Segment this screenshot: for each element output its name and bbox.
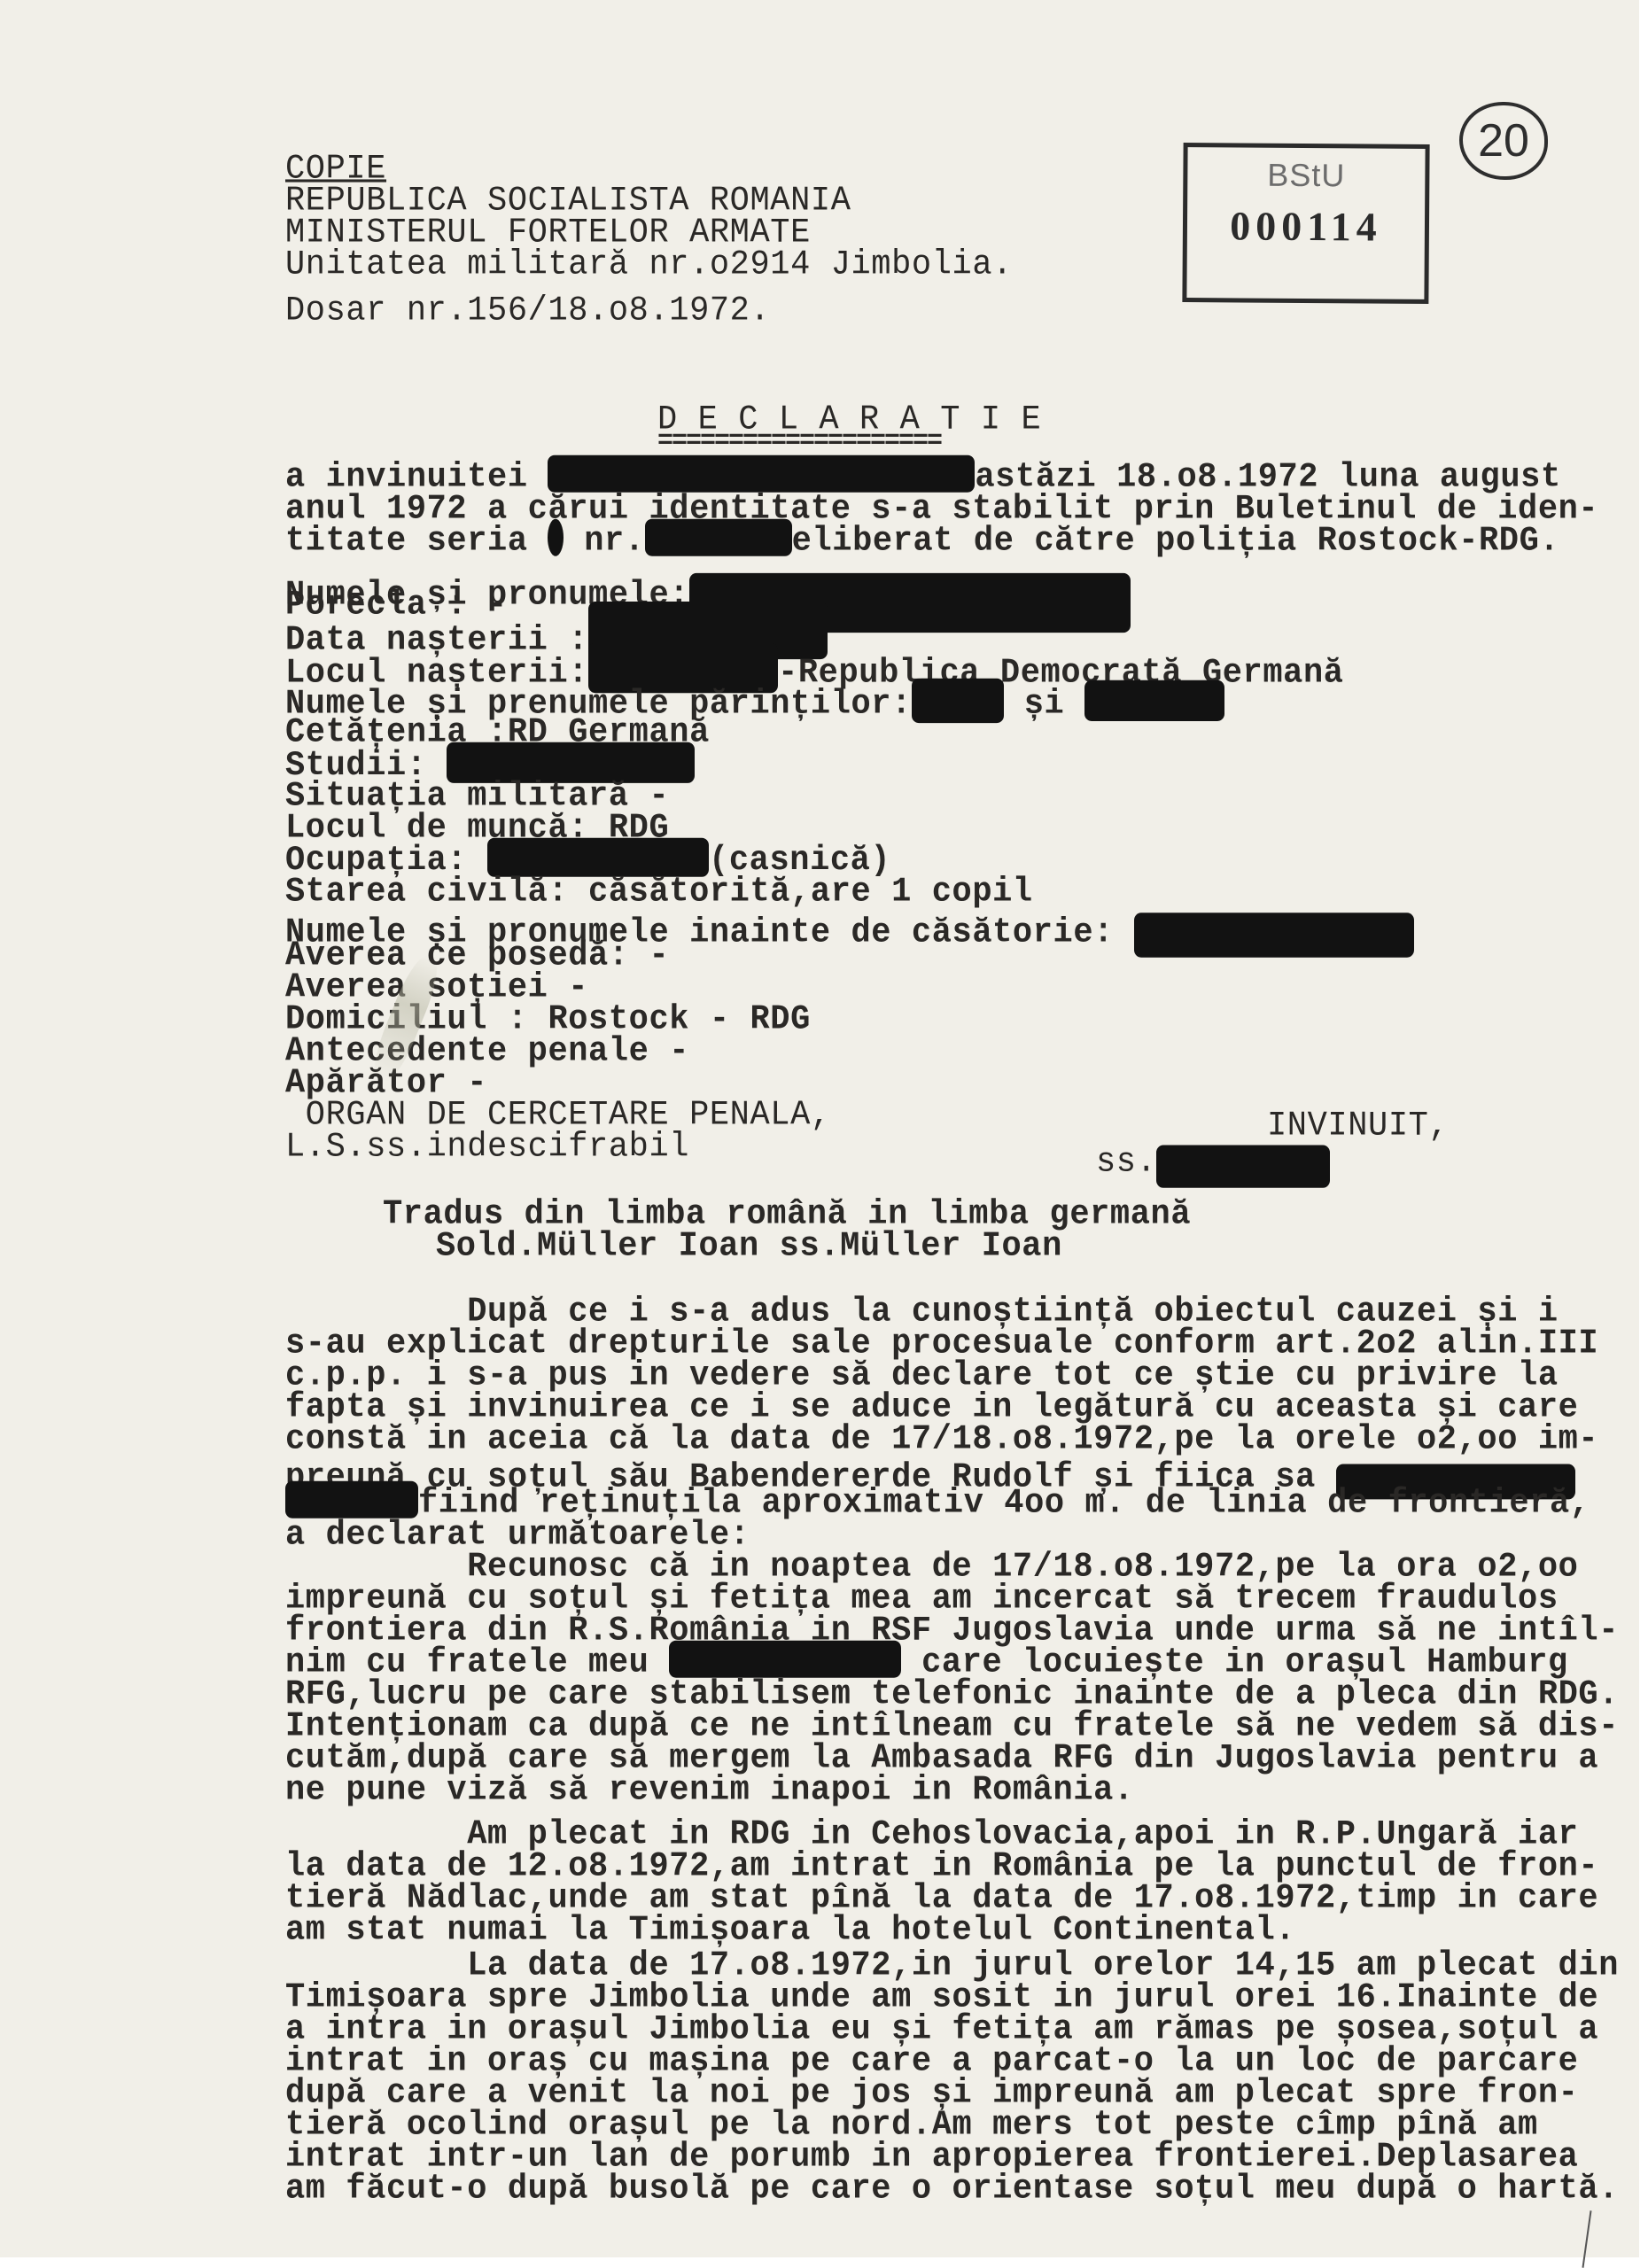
field-label: și [1004,685,1084,724]
redaction [1134,913,1414,957]
title-underline: ==================== [657,434,941,448]
intro-text: eliberat de către poliția Rostock-RDG. [792,522,1560,561]
body-line: constă in aceia că la data de 17/18.o8.1… [285,1423,1598,1456]
redaction [548,519,564,556]
redaction [1084,680,1224,721]
redaction [285,1481,418,1518]
field-civil-status: Starea civilă: căsătorită,are 1 copil [285,875,1033,909]
body-line: am făcut-o după busolă pe care o orienta… [285,2172,1619,2206]
redaction [1156,1146,1330,1188]
field-nickname: Porecla : - [285,588,508,622]
file-reference: Dosar nr.156/18.o8.1972. [285,294,770,328]
intro-text: titate seria [285,522,548,561]
translation-line-2: Sold.Müller Ioan ss.Müller Ioan [436,1230,1062,1263]
page-number-circle: 20 [1459,102,1548,180]
stamp-number: 000114 [1187,202,1425,251]
body-line: am stat numai la Timișoara la hotelul Co… [285,1914,1295,1947]
signature-label: ss. [1096,1143,1156,1182]
document-page: COPIE REPUBLICA SOCIALISTA ROMANIA MINIS… [0,0,1639,2257]
page-number: 20 [1463,114,1544,167]
accused-signature: ss. [1096,1136,1330,1188]
stamp-organization: BStU [1187,156,1425,195]
intro-line-3: titate seria nr.eliberat de către poliți… [285,524,1559,558]
redaction [548,455,975,493]
redaction [669,1641,901,1678]
intro-text: nr. [564,522,644,561]
redaction [487,838,709,877]
redaction [645,519,792,556]
header-unit: Unitatea militară nr.o2914 Jimbolia. [285,248,1013,282]
organ-signature: L.S.ss.indescifrabil [285,1130,689,1164]
redaction [912,679,1004,723]
archive-stamp: BStU 000114 [1182,143,1429,304]
body-line: ne pune viză să revenim inapoi in Români… [285,1774,1134,1807]
